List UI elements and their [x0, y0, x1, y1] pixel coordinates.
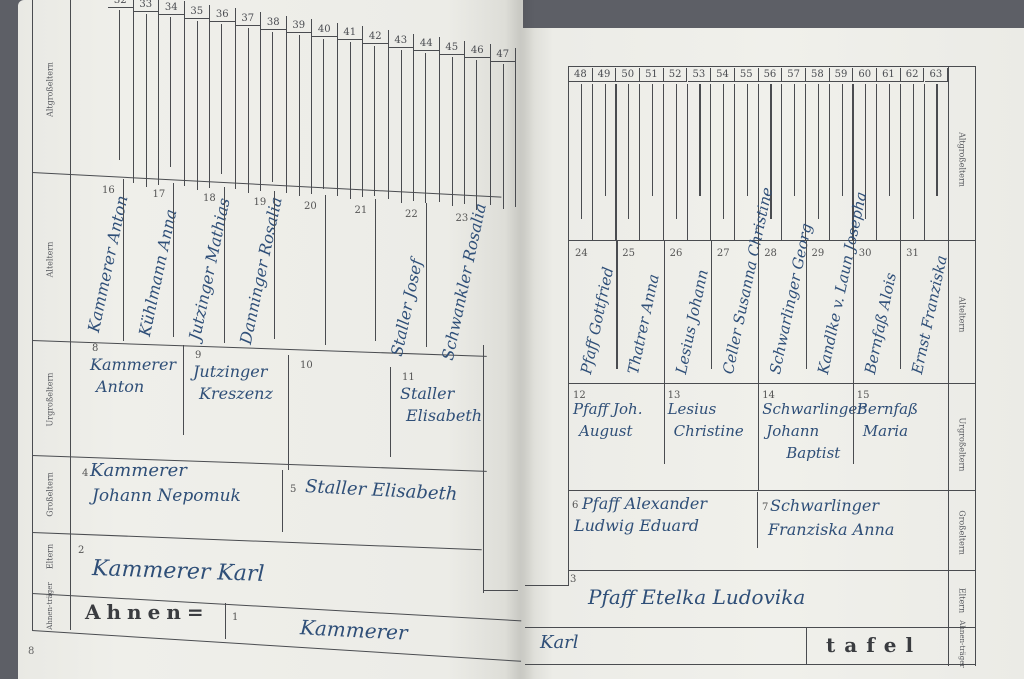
ancestor-number: 48 [569, 68, 593, 82]
cell-divider [183, 345, 184, 435]
ancestor-name-line [794, 84, 795, 196]
ancestor-name-line [299, 35, 300, 196]
row-label-eltern-right: Eltern [958, 576, 967, 626]
ancestor-number: 24 [575, 248, 588, 259]
ancestor-number: 39 [287, 19, 313, 33]
ancestor-number: 31 [906, 248, 919, 259]
ancestor-name-line [605, 84, 606, 196]
ancestor-name-line [747, 84, 748, 196]
row-separator [568, 240, 976, 241]
ancestor-number: 35 [185, 5, 211, 19]
ancestor-number: 27 [717, 248, 730, 259]
ancestor-name-line [119, 10, 120, 160]
ancestor-name-line [699, 84, 700, 196]
frame-right [975, 66, 976, 666]
ancestor-name[interactable]: Staller [400, 384, 454, 404]
cell-divider [805, 84, 806, 240]
ancestor-name[interactable]: Kreszenz [199, 384, 273, 404]
ancestor-name-line [889, 84, 890, 196]
cell-divider [388, 44, 389, 199]
ancestor-number: 7 [762, 502, 768, 513]
ancestor-name[interactable]: Lesius [668, 400, 717, 419]
frame-line [483, 590, 518, 591]
cell-divider [133, 8, 134, 183]
row-label-alteltern: Alteltern [46, 225, 55, 295]
ancestor-name-line [248, 28, 249, 193]
cell-divider [413, 48, 414, 201]
ancestor-number: 32 [108, 0, 134, 8]
ancestor-name-line [503, 64, 504, 209]
cell-divider [260, 26, 261, 191]
ancestor-number: 28 [764, 248, 777, 259]
document-title-right: tafel [826, 633, 922, 657]
ancestor-name-line [476, 60, 477, 210]
ancestor-name-line [581, 84, 582, 219]
ancestor-name-line [272, 32, 273, 182]
ancestor-name[interactable]: Schwarlinger [762, 400, 864, 419]
ancestor-number: 20 [304, 201, 317, 212]
cell-divider [235, 22, 236, 189]
ancestor-name[interactable]: Elisabeth [406, 406, 482, 426]
ancestor-number: 43 [389, 34, 415, 48]
left-frame-line [70, 0, 71, 630]
ancestor-number: 63 [925, 68, 949, 82]
ancestor-number: 46 [465, 44, 491, 58]
cell-divider [758, 384, 759, 490]
cell-divider [224, 187, 225, 343]
ancestor-number: 4 [82, 468, 88, 479]
ancestor-number: 33 [134, 0, 160, 12]
ancestor-number: 58 [806, 68, 830, 82]
cell-divider [515, 62, 516, 207]
ancestor-name[interactable]: Maria [863, 422, 908, 441]
ancestor-name-line [628, 84, 629, 219]
ancestor-name-line [221, 24, 222, 174]
ancestor-name-line [350, 42, 351, 199]
cell-divider [592, 84, 593, 240]
cell-divider [853, 241, 854, 383]
page-number: 8 [28, 646, 34, 657]
row-label-altgrosseltern: Altgroßeltern [46, 50, 55, 130]
left-label-column-line [32, 0, 33, 630]
ancestor-number: 3 [570, 574, 576, 585]
ancestor-number: 50 [616, 68, 640, 82]
cell-divider [710, 84, 711, 240]
ancestor-name-line [323, 39, 324, 189]
ancestor-number: 57 [782, 68, 806, 82]
cell-divider [123, 179, 124, 341]
cell-divider [664, 384, 665, 464]
ancestor-name[interactable]: Johann [766, 422, 819, 441]
ancestor-number: 59 [830, 68, 854, 82]
ancestor-number: 54 [711, 68, 735, 82]
ancestor-name[interactable]: Anton [96, 377, 144, 397]
cell-divider [439, 51, 440, 202]
ancestor-name[interactable]: Jutzinger [193, 362, 267, 382]
cell-divider [274, 191, 275, 339]
cell-divider [173, 183, 174, 337]
row-label-grosseltern-right: Großeltern [958, 498, 967, 568]
cell-divider [184, 15, 185, 186]
ancestor-name-line [842, 84, 843, 196]
ancestor-number: 26 [670, 248, 683, 259]
ancestor-name[interactable]: Schwarlinger [770, 496, 879, 516]
ancestor-name-line [676, 84, 677, 219]
ancestor-number: 34 [159, 1, 185, 15]
cell-divider [876, 84, 877, 240]
cell-divider [757, 492, 758, 548]
ancestor-number: 30 [859, 248, 872, 259]
document-title-left: Ahnen= [85, 600, 210, 624]
ancestor-number: 11 [402, 372, 415, 383]
ancestor-number: 60 [853, 68, 877, 82]
cell-divider [687, 84, 688, 240]
cell-divider [664, 241, 665, 383]
ancestor-number: 29 [812, 248, 825, 259]
cell-divider [758, 241, 759, 383]
ancestor-name-line [146, 14, 147, 187]
row-label-urgrosseltern-right: Urgroßeltern [958, 405, 967, 485]
ancestor-name-line [374, 46, 375, 196]
cell-divider [806, 241, 807, 369]
cell-divider [225, 603, 226, 639]
cell-divider [806, 628, 807, 664]
ancestor-name[interactable]: August [579, 422, 632, 441]
row-separator [525, 627, 976, 628]
row-label-alteltern-right: Alteltern [958, 280, 967, 350]
cell-divider [616, 241, 617, 369]
cell-divider [209, 19, 210, 188]
ancestor-number: 61 [877, 68, 901, 82]
ancestor-name[interactable]: Pfaff Joh. [573, 400, 642, 419]
ancestor-number: 62 [901, 68, 925, 82]
ancestor-number: 51 [640, 68, 664, 82]
ancestor-number: 22 [405, 209, 418, 220]
ancestor-name[interactable]: Franziska Anna [768, 520, 894, 540]
cell-divider [663, 84, 664, 240]
cell-divider [337, 37, 338, 196]
ancestor-number: 2 [78, 545, 84, 556]
cell-divider [286, 30, 287, 193]
cell-divider [375, 199, 376, 341]
row-label-urgrosseltern: Urgroßeltern [46, 360, 55, 440]
cell-divider [781, 84, 782, 240]
cell-divider [325, 195, 326, 345]
ancestor-number: 5 [290, 484, 296, 495]
row-label-grosseltern: Großeltern [46, 460, 55, 530]
frame-line [525, 585, 569, 586]
cell-divider [390, 367, 391, 457]
ancestor-number: 36 [210, 8, 236, 22]
ancestor-name[interactable]: Kammerer [90, 460, 187, 483]
cell-divider [158, 12, 159, 185]
ancestor-number: 8 [92, 343, 98, 354]
ancestor-name-line [652, 84, 653, 196]
frame-line [483, 345, 484, 593]
row-label-eltern: Eltern [46, 532, 55, 582]
ancestor-name[interactable]: Baptist [786, 444, 840, 463]
ancestor-number: 1 [232, 612, 238, 623]
ancestor-number: 9 [195, 350, 201, 361]
row-separator [568, 570, 976, 571]
row-separator [568, 490, 976, 491]
ancestor-number: 47 [491, 48, 517, 62]
ancestor-number: 42 [363, 30, 389, 44]
proband-given-name[interactable]: Karl [540, 632, 579, 655]
ancestor-number: 56 [759, 68, 783, 82]
row-separator [568, 383, 976, 384]
ancestor-name[interactable]: Bernfaß [857, 400, 918, 419]
cell-divider [900, 241, 901, 369]
label-column-line [948, 66, 949, 666]
ancestor-number: 40 [312, 23, 338, 37]
row-separator [525, 664, 976, 665]
ancestor-name-line [818, 84, 819, 219]
frame-left [568, 66, 569, 586]
cell-divider [639, 84, 640, 240]
ancestor-name-line [723, 84, 724, 219]
ancestor-name[interactable]: Christine [674, 422, 744, 441]
ancestor-name-line [401, 50, 402, 203]
row-label-altgrosseltern-right: Altgroßeltern [958, 120, 967, 200]
ancestor-name[interactable]: Pfaff Etelka Ludovika [588, 585, 805, 610]
cell-divider [900, 84, 901, 240]
ancestor-number: 53 [688, 68, 712, 82]
ancestor-number: 45 [440, 41, 466, 55]
ancestor-number: 21 [355, 205, 368, 216]
ancestor-number: 25 [622, 248, 635, 259]
ancestor-name[interactable]: Pfaff Alexander [582, 494, 707, 514]
ancestor-name-line [913, 84, 914, 219]
cell-divider [924, 84, 925, 240]
cell-divider [829, 84, 830, 240]
ancestor-name[interactable]: Ludwig Eduard [574, 516, 699, 536]
row-label-ahnentraeger: Ahnen-träger [46, 581, 54, 631]
ancestor-name-line [197, 21, 198, 190]
ancestor-number: 37 [236, 12, 262, 26]
cell-divider [362, 40, 363, 197]
ancestor-number: 38 [261, 16, 287, 30]
cell-divider [615, 84, 616, 240]
ancestor-number: 10 [300, 360, 313, 371]
ancestor-name[interactable]: Johann Nepomuk [92, 486, 241, 507]
ancestor-number: 52 [664, 68, 688, 82]
ancestor-name-line [452, 57, 453, 206]
cell-divider [288, 355, 289, 470]
cell-divider [711, 241, 712, 369]
cell-divider [282, 470, 283, 532]
cell-divider [311, 33, 312, 194]
ancestor-name-line [936, 84, 937, 196]
cell-divider [426, 203, 427, 347]
ancestor-number: 41 [338, 26, 364, 40]
ancestor-number: 17 [153, 189, 166, 200]
ancestor-number: 44 [414, 37, 440, 51]
ancestor-name-line [425, 53, 426, 203]
cell-divider [490, 58, 491, 205]
ancestor-number: 6 [572, 500, 578, 511]
ancestor-number: 49 [593, 68, 617, 82]
ancestor-number: 55 [735, 68, 759, 82]
cell-divider [734, 84, 735, 240]
ancestor-name-line [170, 17, 171, 167]
cell-divider [464, 55, 465, 204]
ancestor-name[interactable]: Kammerer [90, 355, 176, 375]
book-gutter [505, 0, 535, 679]
cell-divider [853, 384, 854, 464]
